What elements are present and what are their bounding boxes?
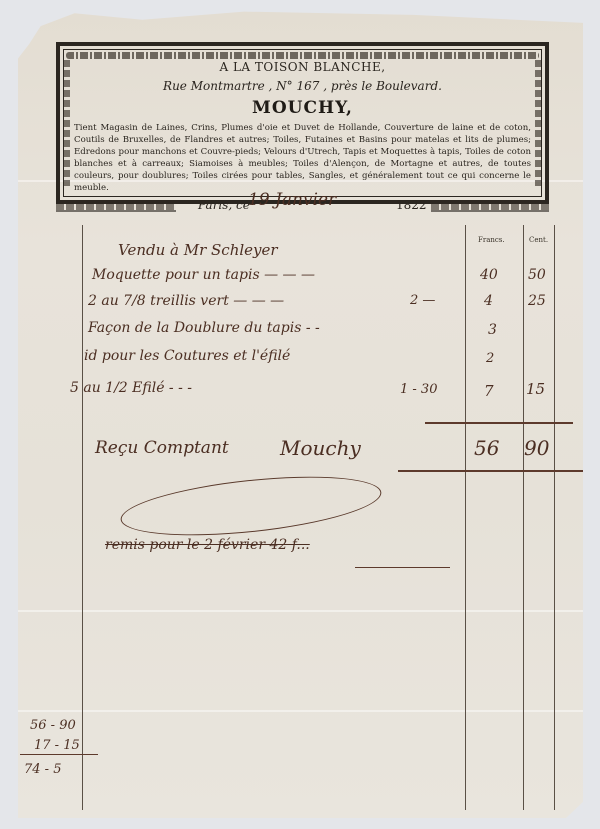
right-column-rule bbox=[554, 225, 555, 810]
centimes-header: Cent. bbox=[529, 236, 548, 244]
signature: Mouchy bbox=[280, 436, 361, 460]
date-year: 1822 bbox=[396, 198, 427, 212]
merchandise-description: Tient Magasin de Laines, Crins, Plumes d… bbox=[74, 122, 531, 195]
item-francs: 4 bbox=[484, 293, 493, 309]
date-line: Paris, ce 19 Janvier 1822 bbox=[56, 196, 549, 216]
margin-calc-line1: 56 - 90 bbox=[30, 718, 76, 733]
struck-note: remis pour le 2 février 42 f... bbox=[105, 537, 310, 553]
shop-sign: A LA TOISON BLANCHE, bbox=[60, 60, 545, 74]
margin-calc-result: 74 - 5 bbox=[24, 762, 61, 777]
date-handwritten: 19 Janvier bbox=[248, 190, 336, 210]
item-centimes: 50 bbox=[528, 267, 546, 283]
paper-crease bbox=[18, 710, 583, 712]
margin-calc-rule bbox=[20, 754, 98, 755]
note-underline bbox=[355, 567, 450, 568]
francs-header: Francs. bbox=[478, 236, 505, 244]
item-description: 2 au 7/8 treillis vert — — — bbox=[88, 293, 284, 309]
ornament-rule-right bbox=[431, 204, 549, 212]
item-centimes: 15 bbox=[526, 380, 545, 398]
merchant-name: MOUCHY, bbox=[60, 98, 545, 118]
paper-crease bbox=[18, 610, 583, 612]
sold-to: Vendu à Mr Schleyer bbox=[118, 241, 278, 259]
letterhead-frame: A LA TOISON BLANCHE, Rue Montmartre , N°… bbox=[56, 42, 549, 204]
francs-column-rule bbox=[465, 225, 466, 810]
item-description: Moquette pour un tapis — — — bbox=[92, 267, 315, 283]
receipt-text: Reçu Comptant bbox=[95, 438, 229, 458]
item-description: id pour les Coutures et l'éfilé bbox=[84, 348, 290, 364]
date-prefix: Paris, ce bbox=[198, 198, 250, 212]
item-unit-price: 2 — bbox=[410, 293, 435, 308]
item-description: 5 au 1/2 Efilé - - - bbox=[70, 380, 192, 396]
item-centimes: 25 bbox=[528, 293, 546, 309]
item-francs: 40 bbox=[480, 267, 498, 283]
ornament-border-top bbox=[66, 52, 539, 59]
item-francs: 2 bbox=[486, 351, 494, 366]
total-francs: 56 bbox=[474, 436, 499, 460]
margin-rule bbox=[82, 225, 83, 810]
total-centimes: 90 bbox=[524, 436, 549, 460]
subtotal-rule bbox=[425, 422, 573, 424]
item-description: Façon de la Doublure du tapis - - bbox=[88, 320, 320, 336]
margin-calc-line2: 17 - 15 bbox=[34, 738, 80, 753]
total-rule bbox=[398, 470, 583, 472]
item-francs: 7 bbox=[484, 382, 494, 400]
centimes-column-rule bbox=[523, 225, 524, 810]
shop-address: Rue Montmartre , N° 167 , près le Boulev… bbox=[60, 79, 545, 93]
ornament-rule-left bbox=[56, 204, 176, 212]
item-francs: 3 bbox=[488, 322, 497, 338]
item-unit-price: 1 - 30 bbox=[400, 382, 437, 397]
